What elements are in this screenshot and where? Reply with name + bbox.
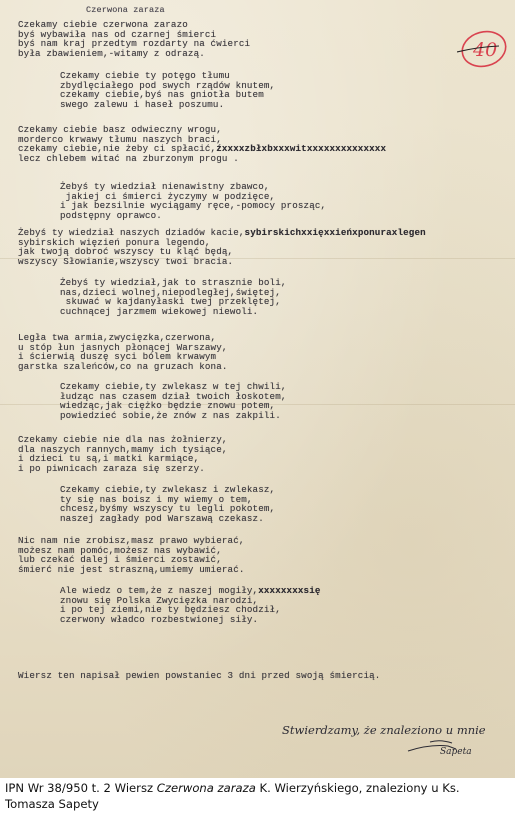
poem-stanza: Nic nam nie zrobisz,masz prawo wybierać,… <box>18 536 245 574</box>
scanned-document-page: Czerwona zaraza 40 Czekamy ciebie czerwo… <box>0 0 515 778</box>
poem-line: śmierć nie jest straszną,umiemy umierać. <box>18 565 245 575</box>
image-caption: IPN Wr 38/950 t. 2 Wiersz Czerwona zaraz… <box>5 781 510 812</box>
signature-name: Sapeta <box>440 747 472 757</box>
archive-page-number-stamp-icon: 40 <box>457 28 509 70</box>
poem-stanza: Czekamy ciebie ty potęgo tłumuzbydlęciał… <box>60 71 275 109</box>
poem-line: lecz chlebem witać na zburzonym progu . <box>18 154 386 164</box>
poem-stanza: Żebyś ty wiedział,jak to strasznie boli,… <box>60 278 287 316</box>
poem-line: podstępny oprawco. <box>60 211 326 221</box>
caption-italic-title: Czerwona zaraza <box>157 781 256 795</box>
poem-line: czerwony władco rozbestwionej siły. <box>60 615 321 625</box>
poem-stanza: Czekamy ciebie,ty zwlekasz w tej chwili,… <box>60 382 287 420</box>
poem-title: Czerwona zaraza <box>86 6 165 16</box>
poem-line: garstka szaleńców,co na gruzach kona. <box>18 362 228 372</box>
poem-stanza: Czekamy ciebie nie dla nas żołnierzy,dla… <box>18 435 228 473</box>
stamp-number: 40 <box>472 39 497 61</box>
poem-line: wszyscy Słowianie,wszyscy twoi bracia. <box>18 257 426 267</box>
typed-strikeout: sybirskichxxięxxieńxponuraxlegen <box>245 227 426 238</box>
poem-line: powiedzieć sobie,że znów z nas zakpili. <box>60 411 287 421</box>
poem-stanza: Żebyś ty wiedział nienawistny zbawco, ja… <box>60 182 326 220</box>
typed-strikeout: źxxxxzbłxbxxxwitxxxxxxxxxxxxxx <box>216 143 386 154</box>
poem-stanza: Czekamy ciebie basz odwieczny wrogu,mord… <box>18 125 386 163</box>
typed-strikeout: xxxxxxxxsię <box>258 585 320 596</box>
poem-line: była zbawieniem,-witamy z odrazą. <box>18 49 250 59</box>
poem-line: swego zalewu i haseł poszumu. <box>60 100 275 110</box>
poem-line: cuchnącej jarzmem wiekowej niewoli. <box>60 307 287 317</box>
poem-stanza: Żebyś ty wiedział naszych dziadów kacie,… <box>18 228 426 266</box>
handwritten-note: Stwierdzamy, że znaleziono u mnie <box>282 723 486 737</box>
caption-prefix: IPN Wr 38/950 t. 2 Wiersz <box>5 781 157 795</box>
poem-stanza: Czekamy ciebie czerwona zarazobyś wybawi… <box>18 20 250 58</box>
poem-footnote: Wiersz ten napisał pewien powstaniec 3 d… <box>18 671 380 681</box>
poem-stanza: Czekamy ciebie,ty zwlekasz i zwlekasz,ty… <box>60 485 275 523</box>
poem-line: naszej zagłady pod Warszawą czekasz. <box>60 514 275 524</box>
poem-stanza: Ale wiedz o tem,że z naszej mogiły,xxxxx… <box>60 586 321 624</box>
poem-stanza: Legła twa armia,zwycięzka,czerwona,u stó… <box>18 333 228 371</box>
handwritten-signature: Stwierdzamy, że znaleziono u mnie Sapeta <box>280 706 500 766</box>
poem-line: i po piwnicach zaraza się szerzy. <box>18 464 228 474</box>
